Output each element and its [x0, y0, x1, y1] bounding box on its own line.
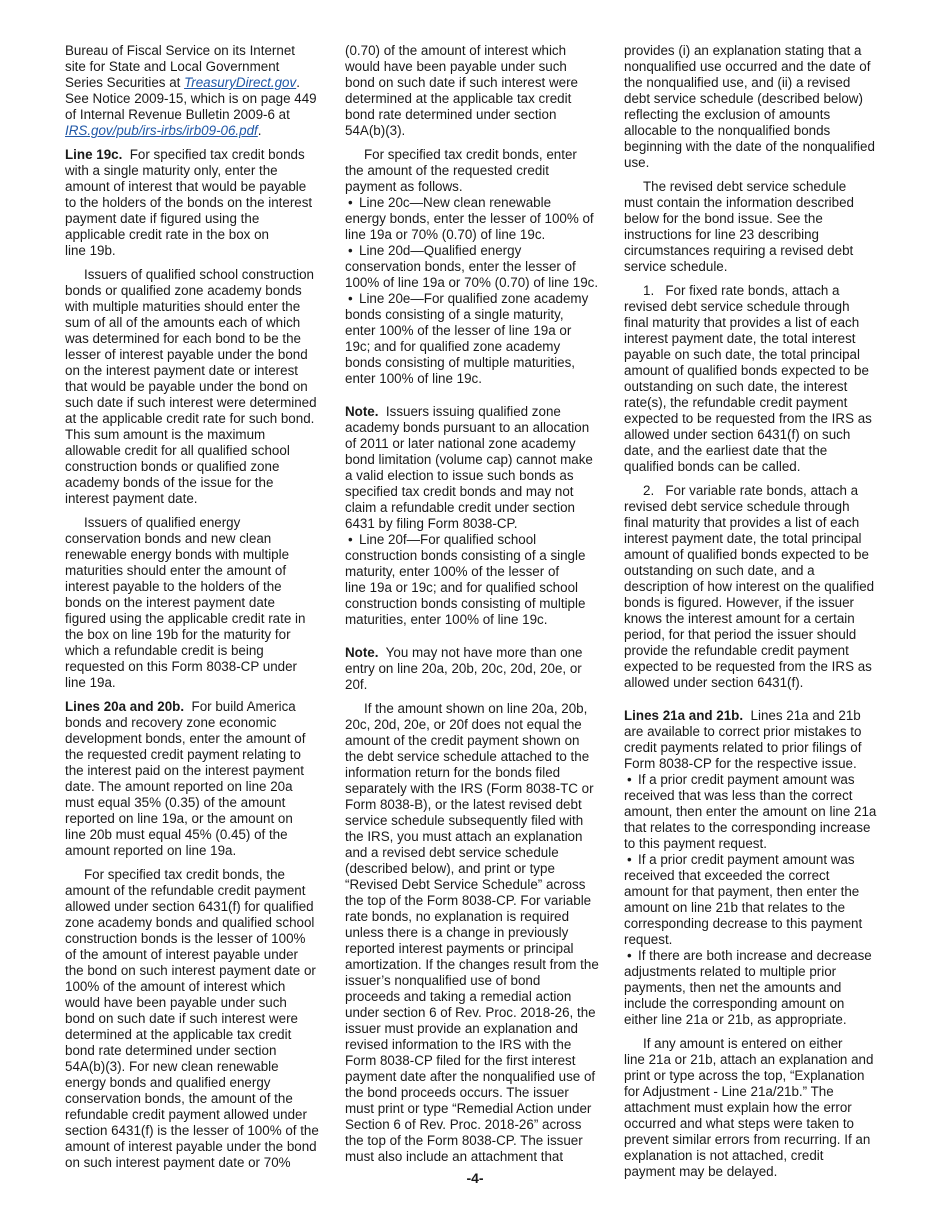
text-line: claim a refundable credit under section	[345, 500, 615, 516]
text-line: payable on such date, the total principa…	[624, 347, 894, 363]
text-line: the box on line 19b for the maturity for	[65, 627, 335, 643]
text-line: Line 20f—For qualified school	[345, 532, 615, 548]
instructions-page: Bureau of Fiscal Service on its Internet…	[0, 0, 950, 1230]
spacer	[624, 699, 894, 708]
note-one-entry: Note. You may not have more than one ent…	[345, 645, 615, 693]
text-line: Form 8038-CP filed for the first interes…	[345, 1053, 615, 1069]
text-line: period, for that period the issuer shoul…	[624, 627, 894, 643]
text-line: bonds consisting of multiple maturities,	[345, 355, 615, 371]
text-line: amortization. If the changes result from…	[345, 957, 615, 973]
text-line: maturity, enter 100% of the lesser of	[345, 564, 615, 580]
text-line: interest payable to the holders of the	[65, 579, 335, 595]
text-line: bond on such date if such interest were	[65, 1011, 335, 1027]
text-line: of Internal Revenue Bulletin 2009-6 at	[65, 107, 335, 123]
text-line: “Revised Debt Service Schedule” across	[345, 877, 615, 893]
text-line: unless there is a change in previously	[345, 925, 615, 941]
text-line: bond limitation (volume cap) cannot make	[345, 452, 615, 468]
text-line: (0.70) of the amount of interest which	[345, 43, 615, 59]
text-line: bonds consisting of a single maturity,	[345, 307, 615, 323]
text-line: use.	[624, 155, 894, 171]
text-line: conservation bonds, the amount of the	[65, 1091, 335, 1107]
text-line: If a prior credit payment amount was	[624, 852, 894, 868]
text-line: payments, then net the amounts and	[624, 980, 894, 996]
text-line: maturities should enter the amount of	[65, 563, 335, 579]
text-line: which a refundable credit is being	[65, 643, 335, 659]
text-line: 54A(b)(3). For new clean renewable	[65, 1059, 335, 1075]
text-line: zone academy bonds and qualified school	[65, 915, 335, 931]
text-line: conservation bonds, enter the lesser of	[345, 259, 615, 275]
text-line: academy bonds pursuant to an allocation	[345, 420, 615, 436]
text-line: amount of interest payable under the bon…	[65, 1139, 335, 1155]
text-line: entry on line 20a, 20b, 20c, 20d, 20e, o…	[345, 661, 615, 677]
bullet-line-20e: Line 20e—For qualified zone academy bond…	[345, 291, 615, 387]
text-line: provide the refundable credit payment	[624, 643, 894, 659]
text-line: determined at the applicable tax credit	[65, 1027, 335, 1043]
text-line: payment date if figured using the	[65, 211, 335, 227]
text-line: amount on line 21b that relates to the	[624, 900, 894, 916]
text-line: lesser of interest payable under the bon…	[65, 347, 335, 363]
text-line: 2. For variable rate bonds, attach a	[624, 483, 894, 499]
text-line: such date if such interest were determin…	[65, 395, 335, 411]
text-fragment: Lines 21a and 21b	[743, 708, 861, 723]
text-line: prevent similar errors from recurring. I…	[624, 1132, 894, 1148]
text-line: 100% of the amount of interest which	[65, 979, 335, 995]
text-line: the amount of the requested credit	[345, 163, 615, 179]
text-line: service schedule subsequently filed with	[345, 813, 615, 829]
text-fragment: You may not have more than one	[378, 645, 582, 660]
text-line: must contain the information described	[624, 195, 894, 211]
text-line: Line 20e—For qualified zone academy	[345, 291, 615, 307]
text-line: the interest paid on the interest paymen…	[65, 763, 335, 779]
text-line: corresponding decrease to this payment	[624, 916, 894, 932]
text-line: reported interest payments or principal	[345, 941, 615, 957]
text-line: figured using the applicable credit rate…	[65, 611, 335, 627]
paragraph-continued: (0.70) of the amount of interest which w…	[345, 43, 615, 139]
text-line: Section 6 of Rev. Proc. 2018-26” across	[345, 1117, 615, 1133]
text-line: to the holders of the bonds on the inter…	[65, 195, 335, 211]
text-line: If there are both increase and decrease	[624, 948, 894, 964]
treasury-direct-link[interactable]: TreasuryDirect.gov	[184, 75, 296, 90]
text-line: include the corresponding amount on	[624, 996, 894, 1012]
text-line: beginning with the date of the nonqualif…	[624, 139, 894, 155]
spacer	[345, 636, 615, 645]
text-line: with a single maturity only, enter the	[65, 163, 335, 179]
text-line: amount reported on line 19a.	[65, 843, 335, 859]
text-line: payment date after the nonqualified use …	[345, 1069, 615, 1085]
text-line: outstanding on such date, and a	[624, 563, 894, 579]
bullet-both-adjustments: If there are both increase and decrease …	[624, 948, 894, 1028]
text-line: energy bonds and qualified energy	[65, 1075, 335, 1091]
text-line: received that was less than the correct	[624, 788, 894, 804]
text-line: allocable to the nonqualified bonds	[624, 123, 894, 139]
text-line: proceeds and taking a remedial action	[345, 989, 615, 1005]
text-line: Lines 21a and 21b. Lines 21a and 21b	[624, 708, 894, 724]
text-line: amount, then enter the amount on line 21…	[624, 804, 894, 820]
text-line: construction bonds or qualified zone	[65, 459, 335, 475]
text-line: academy bonds of the issue for the	[65, 475, 335, 491]
text-line: applicable credit rate in the box on	[65, 227, 335, 243]
bullet-line-20f: Line 20f—For qualified school constructi…	[345, 532, 615, 628]
text-line: bond on such date if such interest were	[345, 75, 615, 91]
text-fragment: Issuers issuing qualified zone	[378, 404, 560, 419]
text-line: (described below), and print or type	[345, 861, 615, 877]
text-line: final maturity that provides a list of e…	[624, 515, 894, 531]
text-line: line 19a.	[65, 675, 335, 691]
text-line: with multiple maturities should enter th…	[65, 299, 335, 315]
text-line: line 20b must equal 45% (0.45) of the	[65, 827, 335, 843]
section-heading: Line 19c.	[65, 147, 122, 162]
text-line: construction bonds consisting of multipl…	[345, 596, 615, 612]
text-line: must equal 35% (0.35) of the amount	[65, 795, 335, 811]
text-line: line 19a or 70% (0.70) of line 19c.	[345, 227, 615, 243]
text-line: the IRS, you must attach an explanation	[345, 829, 615, 845]
text-line: expected to be requested from the IRS as	[624, 411, 894, 427]
text-line: development bonds, enter the amount of	[65, 731, 335, 747]
text-line: for Adjustment - Line 21a/21b.” The	[624, 1084, 894, 1100]
text-line: final maturity that provides a list of e…	[624, 315, 894, 331]
text-line: under section 6 of Rev. Proc. 2018-26, t…	[345, 1005, 615, 1021]
text-line: interest payment date, the total princip…	[624, 531, 894, 547]
text-line: at the applicable credit rate for such b…	[65, 411, 335, 427]
text-line: If the amount shown on line 20a, 20b,	[345, 701, 615, 717]
text-line: For specified tax credit bonds, enter	[345, 147, 615, 163]
text-line: 20f.	[345, 677, 615, 693]
text-line: outstanding on such date, the interest	[624, 379, 894, 395]
text-line: sum of all of the amounts each of which	[65, 315, 335, 331]
text-line: Issuers of qualified energy	[65, 515, 335, 531]
column-2: (0.70) of the amount of interest which w…	[345, 43, 615, 1173]
paragraph-explanation-adjustment: If any amount is entered on either line …	[624, 1036, 894, 1180]
bullet-prior-less: If a prior credit payment amount was rec…	[624, 772, 894, 852]
text-line: allowed under section 6431(f).	[624, 675, 894, 691]
text-line: line 21a or 21b, attach an explanation a…	[624, 1052, 894, 1068]
text-line: amount of interest that would be payable	[65, 179, 335, 195]
text-line: debt service schedule (described below)	[624, 91, 894, 107]
text-line: Note. Issuers issuing qualified zone	[345, 404, 615, 420]
text-line: allowed under section 6431(f) for qualif…	[65, 899, 335, 915]
note-zone-academy: Note. Issuers issuing qualified zone aca…	[345, 404, 615, 532]
paragraph-requested-credit: For specified tax credit bonds, enter th…	[345, 147, 615, 195]
text-line: of 2011 or later national zone academy	[345, 436, 615, 452]
text-line: must print or type “Remedial Action unde…	[345, 1101, 615, 1117]
text-line: adjustments related to multiple prior	[624, 964, 894, 980]
text-line: separately with the IRS (Form 8038-TC or	[345, 781, 615, 797]
column-3: provides (i) an explanation stating that…	[624, 43, 894, 1188]
text-line: reflecting the exclusion of amounts	[624, 107, 894, 123]
text-fragment: For build America	[184, 699, 296, 714]
note-heading: Note.	[345, 404, 378, 419]
text-line: knows the interest amount for a certain	[624, 611, 894, 627]
text-line: Line 20c—New clean renewable	[345, 195, 615, 211]
bullet-prior-exceeded: If a prior credit payment amount was rec…	[624, 852, 894, 948]
text-fragment: .	[296, 75, 300, 90]
text-line: specified tax credit bonds and may not	[345, 484, 615, 500]
text-line: allowable credit for all qualified schoo…	[65, 443, 335, 459]
text-line: See Notice 2009-15, which is on page 449	[65, 91, 335, 107]
text-line: enter 100% of the lesser of line 19a or	[345, 323, 615, 339]
text-line: conservation bonds and new clean	[65, 531, 335, 547]
text-line: qualified bonds can be called.	[624, 459, 894, 475]
text-line: either line 21a or 21b, as appropriate.	[624, 1012, 894, 1028]
text-line: 100% of line 19a or 70% (0.70) of line 1…	[345, 275, 615, 291]
item-variable-rate-bonds: 2. For variable rate bonds, attach a rev…	[624, 483, 894, 691]
paragraph-treasury-direct: Bureau of Fiscal Service on its Internet…	[65, 43, 335, 139]
text-line: date. The amount reported on line 20a	[65, 779, 335, 795]
text-line: amount for that payment, then enter the	[624, 884, 894, 900]
item-fixed-rate-bonds: 1. For fixed rate bonds, attach a revise…	[624, 283, 894, 475]
text-line: 1. For fixed rate bonds, attach a	[624, 283, 894, 299]
text-line: line 19a or 19c; and for qualified schoo…	[345, 580, 615, 596]
paragraph-nonqualified-use: provides (i) an explanation stating that…	[624, 43, 894, 171]
text-line: would have been payable under such	[65, 995, 335, 1011]
text-line: explanation is not attached, credit	[624, 1148, 894, 1164]
text-line: 19c; and for qualified zone academy	[345, 339, 615, 355]
text-line: Form 8038-B), or the latest revised debt	[345, 797, 615, 813]
text-line: the nonqualified use, and (ii) a revised	[624, 75, 894, 91]
text-line: Lines 20a and 20b. For build America	[65, 699, 335, 715]
text-line: request.	[624, 932, 894, 948]
text-line: renewable energy bonds with multiple	[65, 547, 335, 563]
text-line: service schedule.	[624, 259, 894, 275]
text-line: Form 8038-CP for the respective issue.	[624, 756, 894, 772]
text-line: bond rate determined under section	[345, 107, 615, 123]
column-1: Bureau of Fiscal Service on its Internet…	[65, 43, 335, 1179]
text-line: rate bonds, no explanation is required	[345, 909, 615, 925]
text-line: bonds on the interest payment date	[65, 595, 335, 611]
text-line: bonds is figured. However, if the issuer	[624, 595, 894, 611]
text-line: nonqualified use occurred and the date o…	[624, 59, 894, 75]
text-line: determined at the applicable tax credit	[345, 91, 615, 107]
text-line: information return for the bonds filed	[345, 765, 615, 781]
text-line: refundable credit payment allowed under	[65, 1107, 335, 1123]
text-line: 20c, 20d, 20e, or 20f does not equal the	[345, 717, 615, 733]
text-fragment: Series Securities at	[65, 75, 184, 90]
text-line: energy bonds, enter the lesser of 100% o…	[345, 211, 615, 227]
text-line: to this payment request.	[624, 836, 894, 852]
text-line: bond rate determined under section	[65, 1043, 335, 1059]
text-line: section 6431(f) is the lesser of 100% of…	[65, 1123, 335, 1139]
text-line: below for the bond issue. See the	[624, 211, 894, 227]
text-line: This sum amount is the maximum	[65, 427, 335, 443]
text-line: would have been payable under such	[345, 59, 615, 75]
text-line: credit payments related to prior filings…	[624, 740, 894, 756]
text-line: IRS.gov/pub/irs-irbs/irb09-06.pdf.	[65, 123, 335, 139]
text-line: a valid election to issue such bonds as	[345, 468, 615, 484]
paragraph-energy-conservation: Issuers of qualified energy conservation…	[65, 515, 335, 691]
text-line: that relates to the corresponding increa…	[624, 820, 894, 836]
page-number: -4-	[0, 1170, 950, 1186]
section-heading: Lines 20a and 20b.	[65, 699, 184, 714]
text-line: requested on this Form 8038-CP under	[65, 659, 335, 675]
section-lines-20a-20b: Lines 20a and 20b. For build America bon…	[65, 699, 335, 859]
text-line: revised information to the IRS with the	[345, 1037, 615, 1053]
text-line: was determined for each bond to be the	[65, 331, 335, 347]
section-line-19c: Line 19c. For specified tax credit bonds…	[65, 147, 335, 259]
text-line: amount of qualified bonds expected to be	[624, 547, 894, 563]
spacer	[345, 395, 615, 404]
text-line: bonds or qualified zone academy bonds	[65, 283, 335, 299]
text-line: revised debt service schedule through	[624, 299, 894, 315]
text-line: on the interest payment date or interest	[65, 363, 335, 379]
paragraph-schedule-contents: The revised debt service schedule must c…	[624, 179, 894, 275]
text-line: Line 19c. For specified tax credit bonds	[65, 147, 335, 163]
text-line: the debt service schedule attached to th…	[345, 749, 615, 765]
text-line: enter 100% of line 19c.	[345, 371, 615, 387]
text-line: amount of the credit payment shown on	[345, 733, 615, 749]
text-line: construction bonds is the lesser of 100%	[65, 931, 335, 947]
text-line: For specified tax credit bonds, the	[65, 867, 335, 883]
text-line: interest payment date, the total interes…	[624, 331, 894, 347]
text-line: interest payment date.	[65, 491, 335, 507]
text-line: description of how interest on the quali…	[624, 579, 894, 595]
text-line: instructions for line 23 describing	[624, 227, 894, 243]
bullet-line-20d: Line 20d—Qualified energy conservation b…	[345, 243, 615, 291]
text-line: the bond on such interest payment date o…	[65, 963, 335, 979]
text-fragment: .	[258, 123, 262, 138]
text-line: 6431 by filing Form 8038-CP.	[345, 516, 615, 532]
text-line: the requested credit payment relating to	[65, 747, 335, 763]
bullet-line-20c: Line 20c—New clean renewable energy bond…	[345, 195, 615, 243]
text-line: print or type across the top, “Explanati…	[624, 1068, 894, 1084]
text-line: The revised debt service schedule	[624, 179, 894, 195]
text-line: rate(s), the refundable credit payment	[624, 395, 894, 411]
text-line: allowed under section 6431(f) on such	[624, 427, 894, 443]
text-line: If any amount is entered on either	[624, 1036, 894, 1052]
text-line: issuer’s nonqualified use of bond	[345, 973, 615, 989]
paragraph-school-construction: Issuers of qualified school construction…	[65, 267, 335, 507]
text-line: Note. You may not have more than one	[345, 645, 615, 661]
text-line: must also include an attachment that	[345, 1149, 615, 1165]
text-line: the bond proceeds occurs. The issuer	[345, 1085, 615, 1101]
text-line: received that exceeded the correct	[624, 868, 894, 884]
text-line: that would be payable under the bond on	[65, 379, 335, 395]
text-line: line 19b.	[65, 243, 335, 259]
text-line: bonds and recovery zone economic	[65, 715, 335, 731]
text-line: amount of the refundable credit payment	[65, 883, 335, 899]
text-line: Line 20d—Qualified energy	[345, 243, 615, 259]
section-lines-21a-21b: Lines 21a and 21b. Lines 21a and 21b are…	[624, 708, 894, 772]
text-line: expected to be requested from the IRS as	[624, 659, 894, 675]
text-line: Issuers of qualified school construction	[65, 267, 335, 283]
text-line: provides (i) an explanation stating that…	[624, 43, 894, 59]
text-line: on such interest payment date or 70%	[65, 1155, 335, 1171]
text-line: are available to correct prior mistakes …	[624, 724, 894, 740]
note-heading: Note.	[345, 645, 378, 660]
text-line: If a prior credit payment amount was	[624, 772, 894, 788]
text-line: date, and the earliest date that the	[624, 443, 894, 459]
text-line: the top of the Form 8038-CP. For variabl…	[345, 893, 615, 909]
text-line: 54A(b)(3).	[345, 123, 615, 139]
text-line: revised debt service schedule through	[624, 499, 894, 515]
text-line: circumstances requiring a revised debt	[624, 243, 894, 259]
text-line: reported on line 19a, or the amount on	[65, 811, 335, 827]
paragraph-specified-tax-credit: For specified tax credit bonds, the amou…	[65, 867, 335, 1171]
paragraph-revised-schedule: If the amount shown on line 20a, 20b, 20…	[345, 701, 615, 1165]
text-line: of the amount of interest payable under	[65, 947, 335, 963]
text-fragment: For specified tax credit bonds	[122, 147, 304, 162]
text-line: maturities, enter 100% of line 19c.	[345, 612, 615, 628]
section-heading: Lines 21a and 21b.	[624, 708, 743, 723]
text-line: occurred and what steps were taken to	[624, 1116, 894, 1132]
text-line: Series Securities at TreasuryDirect.gov.	[65, 75, 335, 91]
text-line: attachment must explain how the error	[624, 1100, 894, 1116]
irs-bulletin-link[interactable]: IRS.gov/pub/irs-irbs/irb09-06.pdf	[65, 123, 258, 138]
text-line: site for State and Local Government	[65, 59, 335, 75]
text-line: issuer must provide an explanation and	[345, 1021, 615, 1037]
text-line: Bureau of Fiscal Service on its Internet	[65, 43, 335, 59]
text-line: amount of qualified bonds expected to be	[624, 363, 894, 379]
text-line: the top of the Form 8038-CP. The issuer	[345, 1133, 615, 1149]
text-line: construction bonds consisting of a singl…	[345, 548, 615, 564]
text-line: payment as follows.	[345, 179, 615, 195]
text-line: and a revised debt service schedule	[345, 845, 615, 861]
